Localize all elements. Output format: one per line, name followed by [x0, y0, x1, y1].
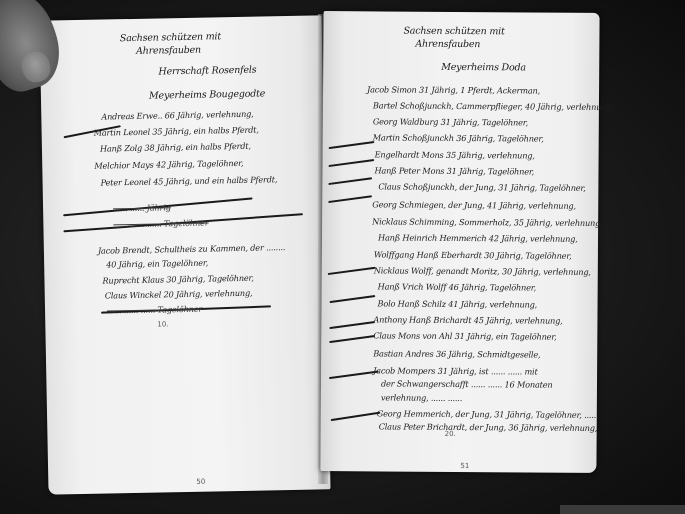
entry-line: Anthony Hanß Brichardt 45 Jährig, verleh…	[373, 314, 562, 325]
right-heading-3: Meyerheims Doda	[441, 62, 526, 74]
entry-line: Martin Schoßjunckh 36 Jährig, Tagelöhner…	[373, 132, 544, 143]
entry-line: Hanß Heinrich Hemmerich 42 Jährig, verle…	[378, 232, 578, 243]
margin-tally-stroke	[329, 295, 375, 303]
entry-line: Nicklaus Wolff, genandt Moritz, 30 Jähri…	[374, 265, 591, 277]
margin-tally-stroke	[329, 141, 375, 149]
entry-line: Hanß Zolg 38 Jährig, ein halbs Pferdt,	[100, 141, 251, 154]
folio-number: 51	[460, 462, 469, 470]
entry-line: Jacob Brendt, Schultheis zu Kammen, der …	[98, 242, 286, 256]
right-manuscript-page: Sachsen schützen mit Ahrensfauben Meyerh…	[320, 11, 599, 473]
struck-entry-line: ...... ...... ...... Tagelöhner	[107, 304, 202, 316]
entry-line: Martin Leonel 35 Jährig, ein halbs Pferd…	[94, 125, 259, 138]
left-heading-3: Herrschaft Rosenfels	[158, 65, 256, 78]
margin-tally-stroke	[328, 267, 376, 275]
margin-tally-stroke	[331, 412, 381, 421]
entry-line: Peter Leonel 45 Jährig, und ein halbs Pf…	[100, 174, 277, 187]
marginal-note: 20.	[445, 430, 456, 438]
margin-tally-stroke	[328, 195, 372, 202]
entry-line: Georg Hemmerich, der Jung, 31 Jährig, Ta…	[377, 408, 599, 420]
entry-line: verlehnung, ...... ......	[381, 392, 462, 403]
margin-tally-stroke	[328, 159, 374, 167]
entry-line: Wolffgang Hanß Eberhardt 30 Jährig, Tage…	[374, 249, 572, 260]
entry-line: Bartel Schoßjunckh, Cammerpflieger, 40 J…	[373, 100, 614, 112]
margin-tally-stroke	[328, 177, 372, 184]
struck-entry-line: ...... ...... Jährig	[113, 202, 171, 213]
struck-entry-line: ...... ...... ...... Tagelöhner	[113, 218, 208, 230]
entry-line: Bolo Hanß Schilz 41 Jährig, verlehnung,	[378, 298, 538, 309]
left-manuscript-page: Sachsen schützen mit Ahrensfauben Herrsc…	[39, 15, 330, 494]
entry-line: der Schwangerschafft ...... ...... 16 Mo…	[381, 378, 553, 389]
folio-number: 50	[196, 478, 205, 486]
entry-line: Melchior Mays 42 Jährig, Tagelöhner,	[94, 158, 243, 171]
entry-line: Ruprecht Klaus 30 Jährig, Tagelöhner,	[102, 273, 253, 286]
margin-tally-stroke	[329, 335, 375, 343]
entry-line: 40 Jährig, ein Tagelöhner,	[106, 258, 208, 270]
entry-line: Engelhardt Mons 35 Jährig, verlehnung,	[375, 149, 535, 160]
marginal-note: 10.	[157, 320, 168, 328]
entry-line: Claus Peter Brichardt, der Jung, 36 Jähr…	[379, 421, 598, 433]
bottom-edge-strip	[560, 505, 685, 514]
entry-line: Claus Mons von Ahl 31 Jährig, ein Tagelö…	[373, 330, 556, 341]
margin-tally-stroke	[329, 370, 379, 378]
entry-line: Jacob Simon 31 Jährig, 1 Pferdt, Ackerma…	[367, 84, 540, 95]
entry-line: Georg Waldburg 31 Jährig, Tagelöhner,	[373, 116, 528, 127]
entry-line: Claus Schoßjunckh, der Jung, 31 Jährig, …	[378, 181, 585, 192]
entry-line: Andreas Erwe.. 66 Jährig, verlehnung,	[101, 109, 253, 122]
margin-tally-stroke	[329, 321, 375, 329]
left-heading-1: Sachsen schützen mit	[120, 31, 221, 44]
entry-line: Jacob Mompers 31 Jährig, ist ...... ....…	[373, 365, 538, 376]
right-heading-2: Ahrensfauben	[415, 39, 480, 50]
left-heading-4: Meyerheims Bougegodte	[149, 88, 265, 101]
entry-line: Nicklaus Schimming, Sommerholz, 35 Jähri…	[372, 216, 603, 228]
entry-line: Claus Winckel 20 Jährig, verlehnung,	[105, 288, 253, 301]
left-heading-2: Ahrensfauben	[136, 45, 201, 57]
entry-line: Hanß Vrich Wolff 46 Jährig, Tagelöhner,	[378, 281, 536, 292]
entry-line: Georg Schmiegen, der Jung, 41 Jährig, ve…	[372, 199, 576, 210]
entry-line: Hanß Peter Mons 31 Jährig, Tagelöhner,	[374, 165, 534, 176]
right-heading-1: Sachsen schützen mit	[403, 26, 504, 38]
entry-line: Bastian Andres 36 Jährig, Schmidtgeselle…	[373, 348, 540, 359]
